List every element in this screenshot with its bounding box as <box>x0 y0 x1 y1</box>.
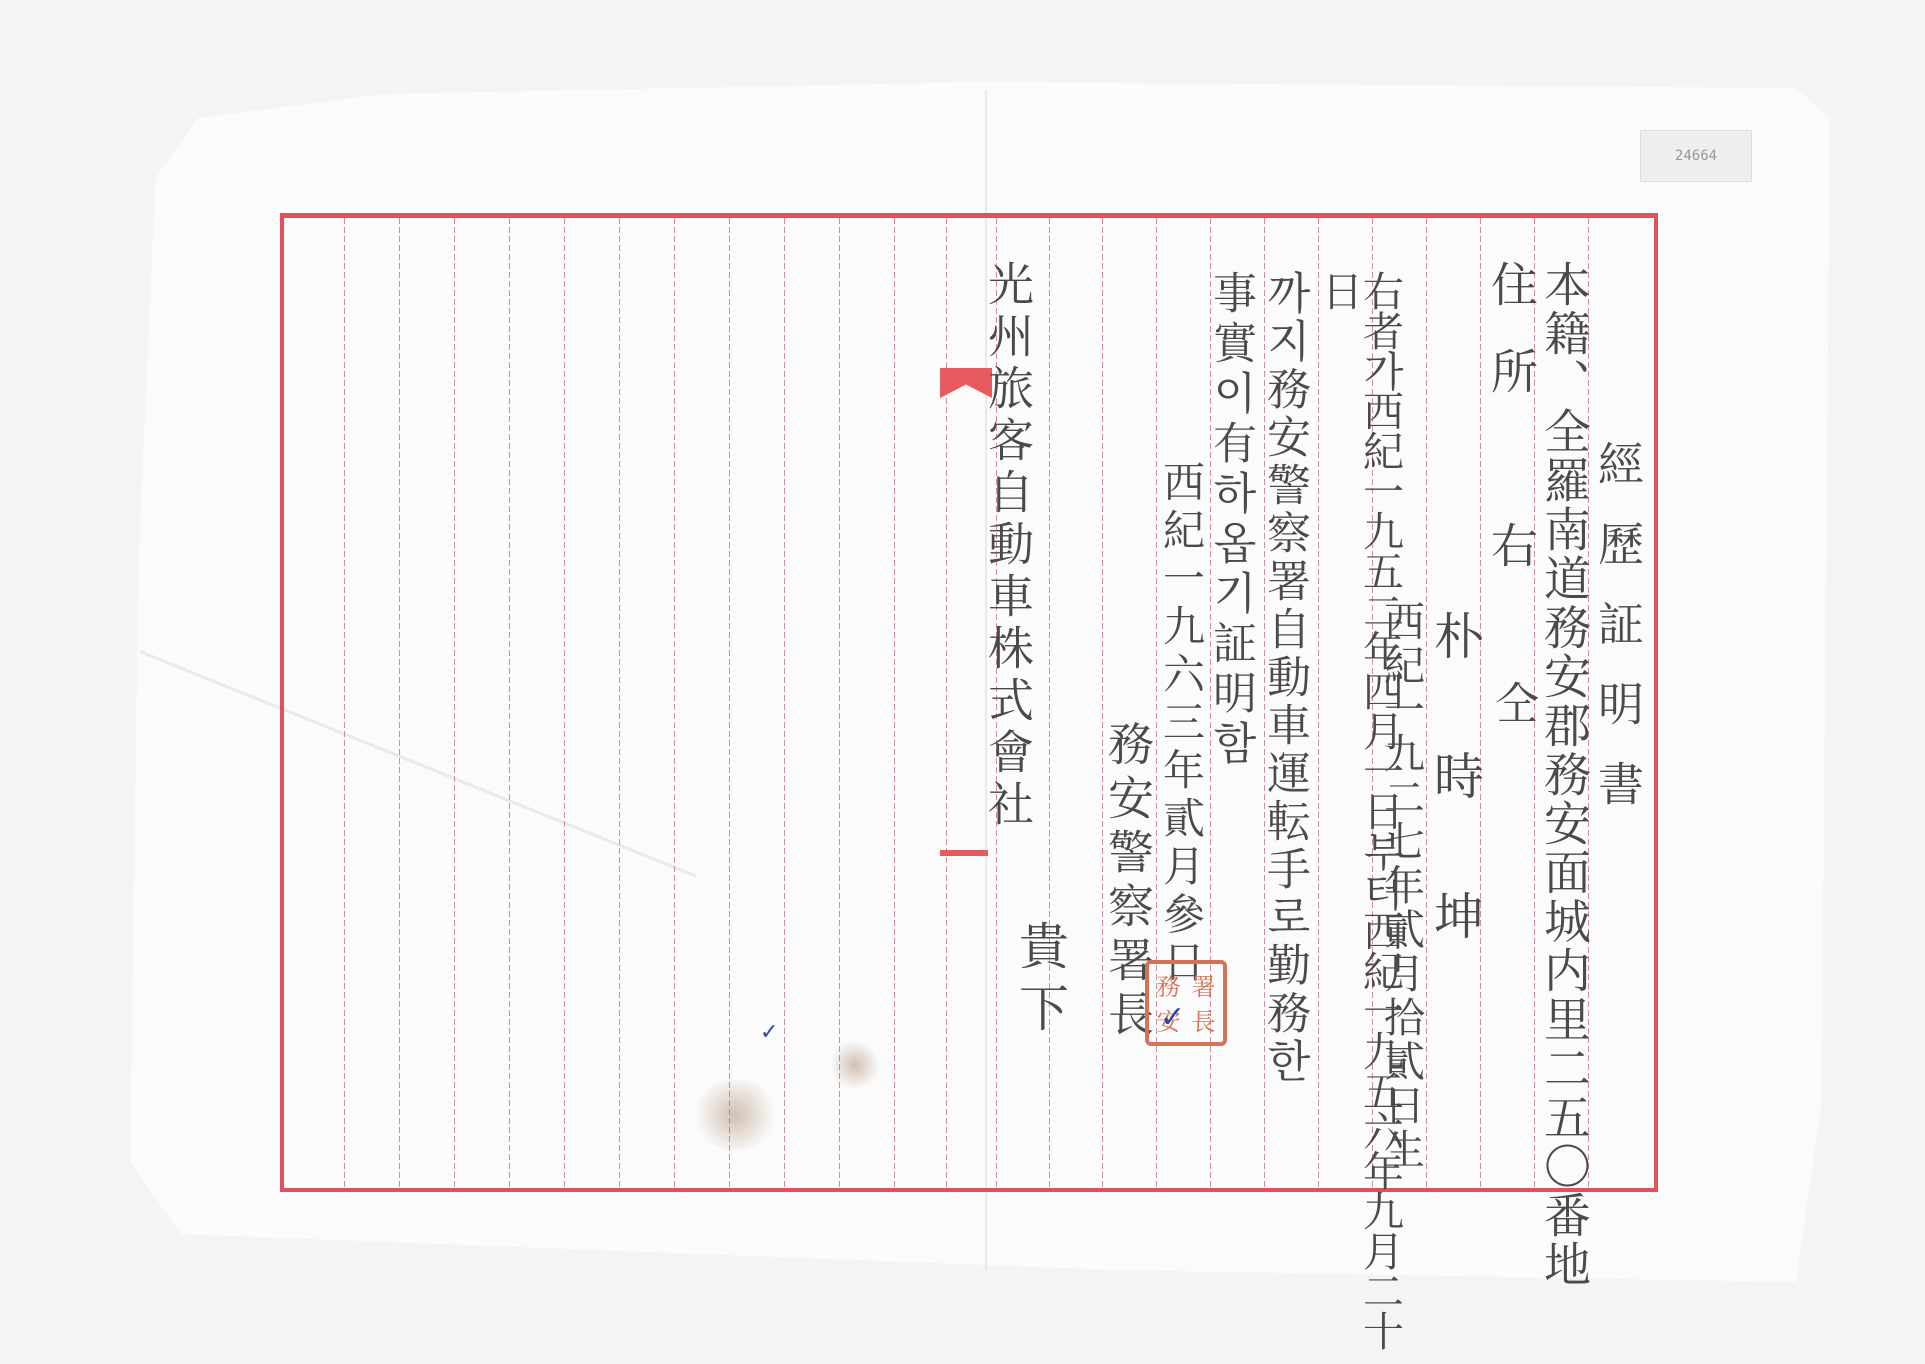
seal-char: 務 <box>1149 974 1184 998</box>
column-rule <box>894 218 895 1188</box>
body-line-1: 右者가西紀一九五二年四月一日부터西紀一九五六年九月二十日 <box>1318 270 1400 1364</box>
body-line-2: 까지務安警察署自動車運転手로勤務한 <box>1262 270 1306 1086</box>
recipient-company: 光州旅客自動車株式會社 <box>985 260 1031 832</box>
document-title: 經歷証明書 <box>1595 440 1641 840</box>
blue-pen-check-mark: ✓ <box>1160 1000 1185 1035</box>
column-rule <box>946 218 947 1188</box>
column-rule <box>784 218 785 1188</box>
seal-char: 長 <box>1184 1009 1219 1033</box>
body-line-3: 事實이有하옵기証明함 <box>1208 270 1252 770</box>
column-rule <box>619 218 620 1188</box>
address-same-mark: 仝 <box>1490 680 1534 730</box>
catalog-tag: 24664 <box>1640 130 1752 182</box>
column-rule <box>729 218 730 1188</box>
paper-stain <box>830 1040 880 1090</box>
center-fold-mark-bottom <box>940 850 988 856</box>
paper-stain <box>690 1080 780 1150</box>
seal-char: 署 <box>1184 974 1219 998</box>
column-rule <box>454 218 455 1188</box>
column-rule <box>399 218 400 1188</box>
recipient-honorific: 貴下 <box>1015 920 1065 1044</box>
column-rule <box>509 218 510 1188</box>
blue-pen-mark: ✓ <box>760 1020 778 1045</box>
column-rule <box>674 218 675 1188</box>
person-name: 朴 時 坤 <box>1430 610 1480 960</box>
issue-date: 西紀一九六三年貳月參日 <box>1160 460 1202 988</box>
domicile-line: 本籍、全羅南道務安郡務安面城内里二五〇番地 <box>1540 260 1587 1289</box>
column-rule <box>564 218 565 1188</box>
address-line: 住所 右 <box>1487 260 1534 608</box>
column-rule <box>344 218 345 1188</box>
column-rule <box>839 218 840 1188</box>
official-seal: 署 長 務 安 <box>1145 960 1227 1046</box>
